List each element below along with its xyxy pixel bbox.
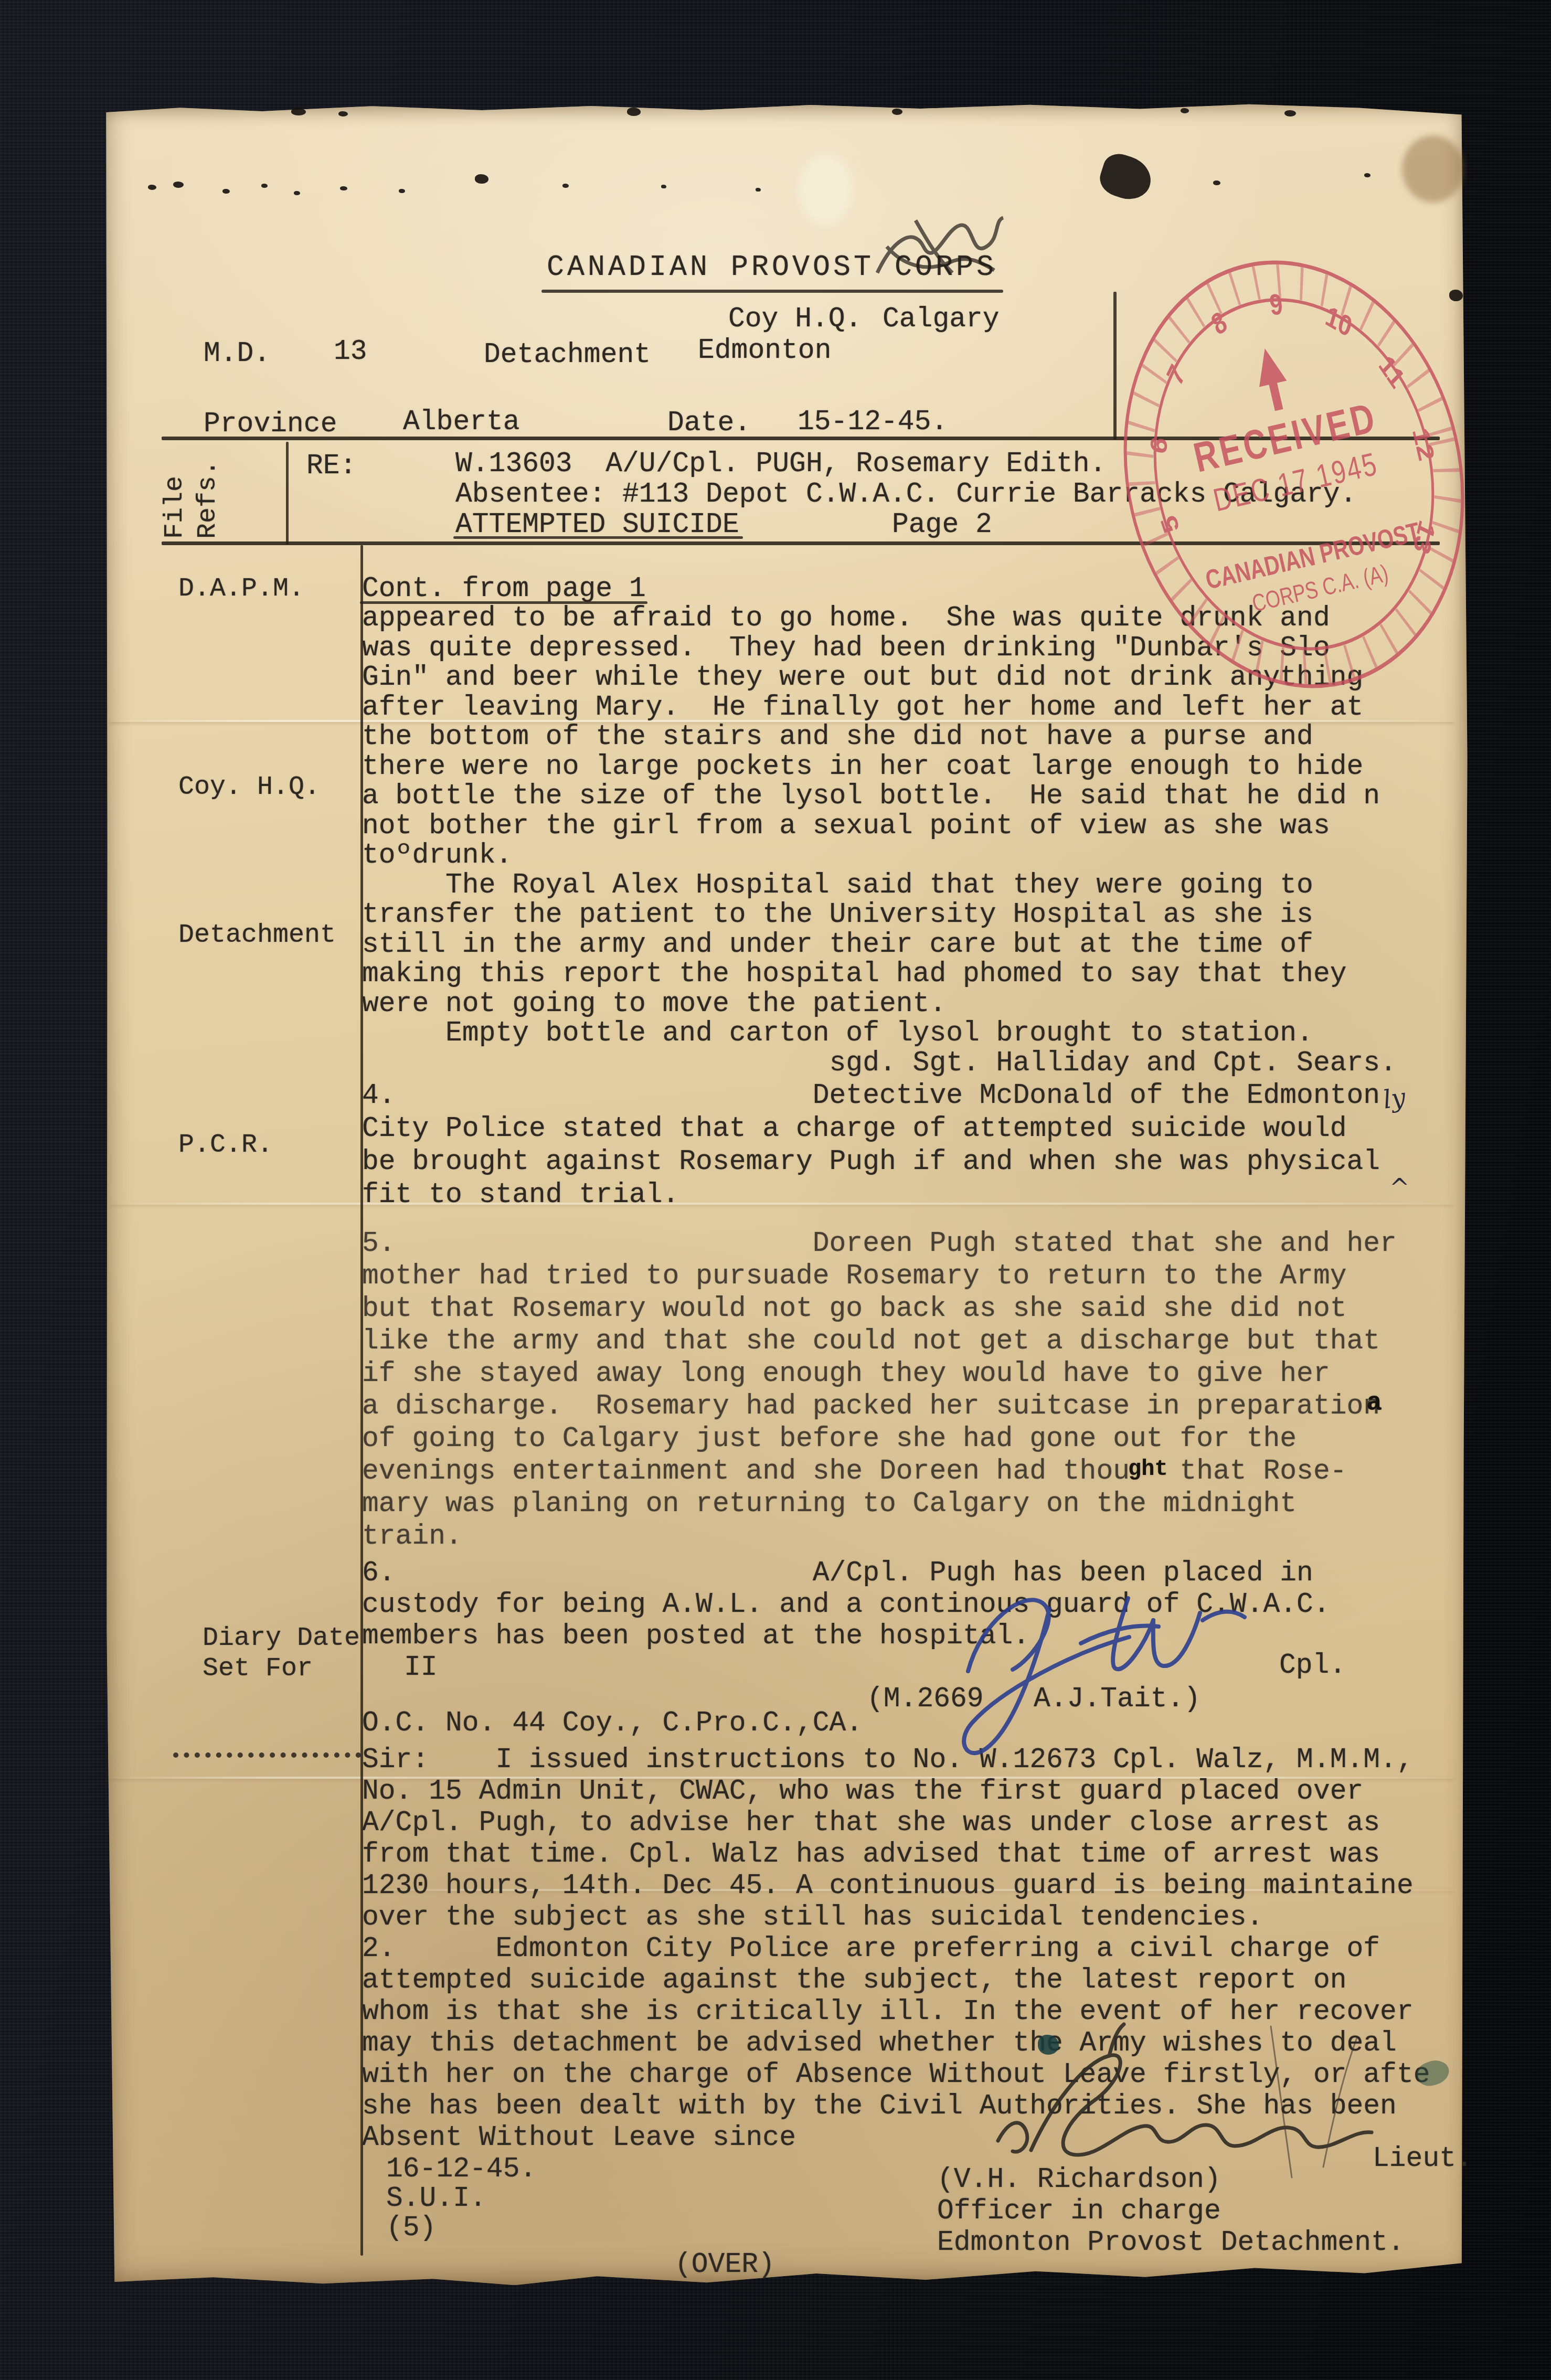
paper-speck	[261, 184, 268, 188]
typed-line: mother had tried to pursuade Rosemary to…	[362, 1262, 1347, 1290]
paper-speck	[1364, 173, 1371, 177]
typed-line: like the army and that she could not get…	[362, 1327, 1380, 1355]
typed-line: but that Rosemary would not go back as s…	[362, 1295, 1347, 1323]
file-refs-rotated-label: FileRefs.	[159, 439, 222, 539]
stain-patch	[1402, 135, 1464, 203]
typed-line: evenings entertainment and she Doreen ha…	[362, 1458, 1347, 1485]
paper-speck	[338, 111, 348, 116]
paper-speck	[399, 189, 405, 193]
margin-label-coy-hq: Coy. H.Q.	[178, 774, 320, 801]
margin-label-detachment: Detachment	[178, 922, 336, 949]
paper-speck	[291, 108, 306, 115]
typed-line: toºdrunk.	[362, 842, 512, 869]
typed-line: of going to Calgary just before she had …	[362, 1425, 1297, 1453]
typed-line: A/Cpl. Pugh, to advise her that she was …	[362, 1809, 1380, 1837]
margin-label-diary-date: Diary Date	[203, 1625, 360, 1652]
paper-speck	[756, 188, 761, 192]
typed-line: train.	[362, 1523, 462, 1550]
date-value: 15-12-45.	[798, 408, 948, 436]
typed-line: 2. Edmonton City Police are preferring a…	[362, 1935, 1380, 1963]
typed-line: City Police stated that a charge of atte…	[362, 1115, 1347, 1143]
typed-line: The Royal Alex Hospital said that they w…	[362, 872, 1313, 899]
typed-line: if she stayed away long enough they woul…	[362, 1360, 1330, 1388]
paper-speck	[340, 186, 347, 190]
stamp-dial-number: 10	[1322, 300, 1355, 344]
typed-line: there were no large pockets in her coat …	[362, 753, 1363, 781]
typed-line: may this detachment be advised whether t…	[362, 2030, 1397, 2057]
paper-speck	[1181, 108, 1189, 113]
paper-speck	[475, 174, 488, 184]
typed-line: custody for being A.W.L. and a continous…	[362, 1591, 1330, 1619]
re-label: RE:	[306, 452, 356, 480]
typed-line: be brought against Rosemary Pugh if and …	[362, 1148, 1380, 1176]
stamp-dial-number: 6	[1145, 434, 1173, 456]
md-label: M.D.	[204, 340, 270, 368]
typed-line: a bottle the size of the lysol bottle. H…	[362, 782, 1380, 810]
paper-speck	[562, 184, 569, 188]
caret-mark: ^	[1389, 1173, 1410, 1202]
stamp-dial-number: 9	[1268, 288, 1284, 321]
closing-page-ref: (5)	[386, 2214, 436, 2242]
typed-line: she has been dealt with by the Civil Aut…	[362, 2092, 1397, 2120]
paper-speck	[627, 108, 641, 116]
unit-line: Edmonton Provost Detachment.	[937, 2229, 1405, 2257]
typed-line: a discharge. Rosemary had packed her sui…	[362, 1393, 1380, 1420]
overstruck-ght-correction: ght	[1128, 1457, 1168, 1482]
typed-line: 4. Detective McDonald of the Edmonton	[362, 1082, 1380, 1110]
light-patch	[799, 153, 853, 226]
tait-reference-line: (M.2669 A.J.Tait.)	[867, 1685, 1201, 1713]
tait-rank: Cpl.	[1279, 1652, 1346, 1680]
detachment-label: Detachment	[484, 341, 651, 369]
typed-line: Sir: I issued instructions to No. W.1267…	[362, 1746, 1414, 1774]
richardson-rank: Lieut.	[1373, 2145, 1473, 2173]
file-refs-line1: File	[160, 476, 190, 539]
coy-hq-label: Coy H.Q.	[728, 305, 862, 333]
paper-speck	[1284, 110, 1296, 116]
handwritten-ly-correction: ly	[1381, 1082, 1407, 1114]
over-label: (OVER)	[675, 2251, 775, 2279]
date-label: Date.	[667, 409, 751, 437]
margin-label-set-for: Set For	[203, 1656, 313, 1682]
typed-line: still in the army and under their care b…	[362, 931, 1313, 959]
paper-speck	[222, 189, 230, 194]
paper-speck	[661, 185, 666, 188]
re-subject-line1: W.13603 A/U/Cpl. PUGH, Rosemary Edith.	[455, 450, 1106, 478]
typed-line: over the subject as she still has suicid…	[362, 1904, 1263, 1931]
province-value: Alberta	[403, 408, 520, 436]
typed-line: mary was planing on returning to Calgary…	[362, 1490, 1297, 1518]
typed-line: sgd. Sgt. Halliday and Cpt. Sears.	[362, 1049, 1397, 1077]
stamp-dial-number: 12	[1407, 426, 1440, 463]
closing-ref-sui: S.U.I.	[386, 2185, 486, 2213]
detachment-value: Edmonton	[698, 337, 831, 365]
margin-label-pcr: P.C.R.	[178, 1132, 273, 1159]
addressee-line: O.C. No. 44 Coy., C.Pro.C.,CA.	[362, 1709, 863, 1737]
province-label: Province	[204, 410, 337, 438]
paper-speck	[294, 191, 300, 195]
paper-speck	[1213, 180, 1220, 185]
typed-line: with her on the charge of Absence Withou…	[362, 2061, 1430, 2089]
section-numeral: II	[404, 1654, 438, 1682]
closing-date: 16-12-45.	[386, 2155, 536, 2183]
margin-label-dapm: D.A.P.M.	[178, 576, 304, 602]
officer-in-charge-line: Officer in charge	[937, 2197, 1221, 2225]
typed-line: were not going to move the patient.	[362, 990, 946, 1018]
typed-line: from that time. Cpl. Walz has advised th…	[362, 1841, 1380, 1868]
typed-line: 6. A/Cpl. Pugh has been placed in	[362, 1559, 1313, 1587]
continuation-heading: Cont. from page 1	[362, 575, 646, 603]
re-subject-keyword: ATTEMPTED SUICIDE	[455, 511, 739, 539]
paper-speck	[148, 185, 156, 190]
paper-crease	[110, 1203, 1453, 1205]
typed-line: members has been posted at the hospital.	[362, 1622, 1029, 1650]
typed-line: 1230 hours, 14th. Dec 45. A continuous g…	[362, 1872, 1414, 1900]
typed-line: 5. Doreen Pugh stated that she and her	[362, 1230, 1397, 1258]
coy-hq-value: Calgary	[883, 305, 1000, 333]
typed-line: Absent Without Leave since	[362, 2124, 796, 2152]
document-title: CANADIAN PROVOST CORPS	[547, 251, 997, 284]
paper-speck	[892, 109, 902, 115]
diary-date-dotted-line	[173, 1752, 361, 1758]
ink-blot-on-the	[1038, 2035, 1059, 2055]
md-value: 13	[334, 338, 367, 366]
typed-line: whom is that she is critically ill. In t…	[362, 1998, 1414, 2026]
stamp-dial-number: 5	[1155, 512, 1185, 537]
continuation-underline	[360, 601, 647, 604]
typed-line: Empty bottle and carton of lysol brought…	[362, 1019, 1313, 1047]
typed-line: transfer the patient to the University H…	[362, 901, 1313, 929]
richardson-typed-name: (V.H. Richardson)	[937, 2166, 1221, 2194]
typed-line: making this report the hospital had phom…	[362, 960, 1347, 988]
typed-line: not bother the girl from a sexual point …	[362, 812, 1330, 840]
subject-underline	[453, 536, 743, 539]
typed-line: fit to stand trial.	[362, 1181, 679, 1209]
file-refs-divider	[286, 442, 289, 545]
page-number-label: Page 2	[892, 511, 992, 539]
typed-line: No. 15 Admin Unit, CWAC, who was the fir…	[362, 1778, 1363, 1805]
paper-speck	[1449, 290, 1463, 301]
broad-arrow-icon	[1251, 345, 1292, 413]
photo-of-document: { "colors":{"background":"#0e1014","pape…	[0, 0, 1551, 2380]
file-refs-line2: Refs.	[193, 460, 223, 539]
typed-line: attempted suicide against the subject, t…	[362, 1967, 1347, 1994]
overstruck-a-correction: a	[1366, 1388, 1382, 1418]
paper-speck	[173, 182, 184, 188]
title-underline	[541, 290, 1003, 293]
